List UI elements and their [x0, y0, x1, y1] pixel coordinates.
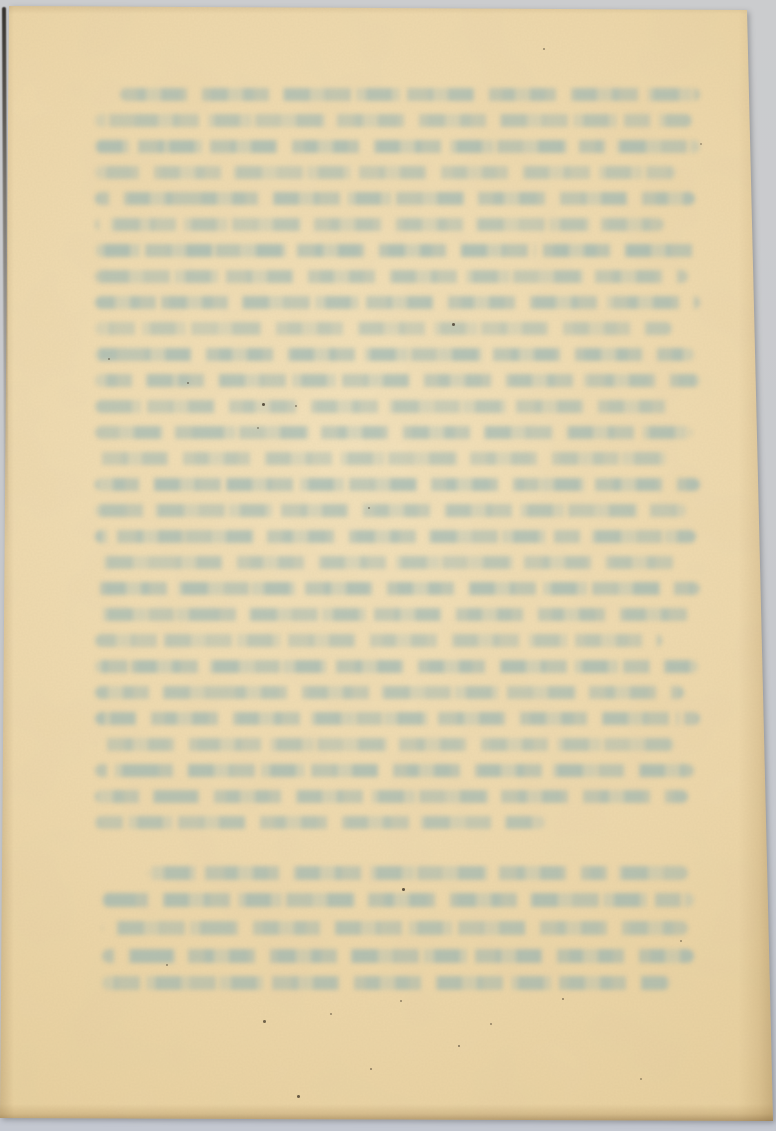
- foxing-speck: [187, 382, 189, 384]
- faded-text-line: [95, 738, 674, 751]
- paper-specks: [0, 0, 776, 1131]
- page-top-edge-tint: [0, 0, 776, 14]
- faded-text-line: [102, 893, 694, 907]
- faded-text-line: [95, 218, 664, 231]
- faded-text-line: [95, 296, 700, 309]
- foxing-speck: [166, 964, 168, 966]
- faded-text-line: [95, 452, 668, 465]
- faded-text-line: [95, 504, 686, 517]
- foxing-speck: [400, 1000, 402, 1002]
- faded-text-line: [95, 374, 700, 387]
- faded-text-line: [95, 426, 692, 439]
- foxing-speck: [452, 323, 455, 326]
- faded-text-line: [148, 866, 688, 880]
- paper-shadow-wrap: [0, 0, 776, 1131]
- faded-text-line: [95, 348, 694, 361]
- foxing-speck: [257, 427, 259, 429]
- page-right-edge-tint: [738, 0, 776, 1131]
- foxing-speck: [108, 358, 110, 360]
- faded-text-line: [95, 556, 676, 569]
- scanned-page-screenshot: [0, 0, 776, 1131]
- faded-text-line: [95, 816, 545, 829]
- paper-texture: [0, 0, 776, 1131]
- faded-text-line: [102, 949, 694, 963]
- faded-text-line: [95, 790, 688, 803]
- foxing-speck: [562, 998, 564, 1000]
- faded-text-line: [120, 88, 700, 101]
- foxing-speck: [295, 405, 297, 407]
- foxing-speck: [330, 1013, 332, 1015]
- faded-text-line: [95, 608, 690, 621]
- faded-text-line: [95, 764, 694, 777]
- faded-text-block-indented: [0, 0, 776, 1131]
- faded-text-block-main: [0, 0, 776, 1131]
- faded-text-line: [95, 478, 700, 491]
- foxing-speck: [680, 940, 682, 942]
- foxing-speck: [543, 48, 545, 50]
- foxing-speck: [458, 1045, 460, 1047]
- foxing-speck: [297, 1095, 300, 1098]
- faded-text-line: [102, 976, 670, 990]
- faded-text-line: [95, 114, 692, 127]
- foxing-speck: [262, 403, 265, 406]
- faded-text-line: [95, 530, 696, 543]
- foxing-speck: [490, 1023, 492, 1025]
- foxing-speck: [640, 1078, 642, 1080]
- faded-text-line: [95, 634, 662, 647]
- faded-text-line: [102, 921, 688, 935]
- faded-text-line: [95, 270, 688, 283]
- faded-text-line: [95, 660, 698, 673]
- page-bottom-edge-tint: [0, 1104, 776, 1122]
- faded-text-line: [95, 244, 698, 257]
- foxing-speck: [368, 507, 370, 509]
- foxing-speck: [263, 1020, 266, 1023]
- faded-text-line: [95, 140, 700, 153]
- faded-text-line: [95, 400, 680, 413]
- foxing-speck: [370, 1068, 372, 1070]
- book-page-paper: [0, 0, 776, 1131]
- faded-text-line: [95, 192, 695, 205]
- foxing-speck: [700, 143, 702, 145]
- foxing-speck: [402, 888, 405, 891]
- faded-text-line: [95, 582, 700, 595]
- faded-text-line: [95, 322, 672, 335]
- faded-text-line: [95, 166, 676, 179]
- faded-text-line: [95, 712, 700, 725]
- faded-text-line: [95, 686, 684, 699]
